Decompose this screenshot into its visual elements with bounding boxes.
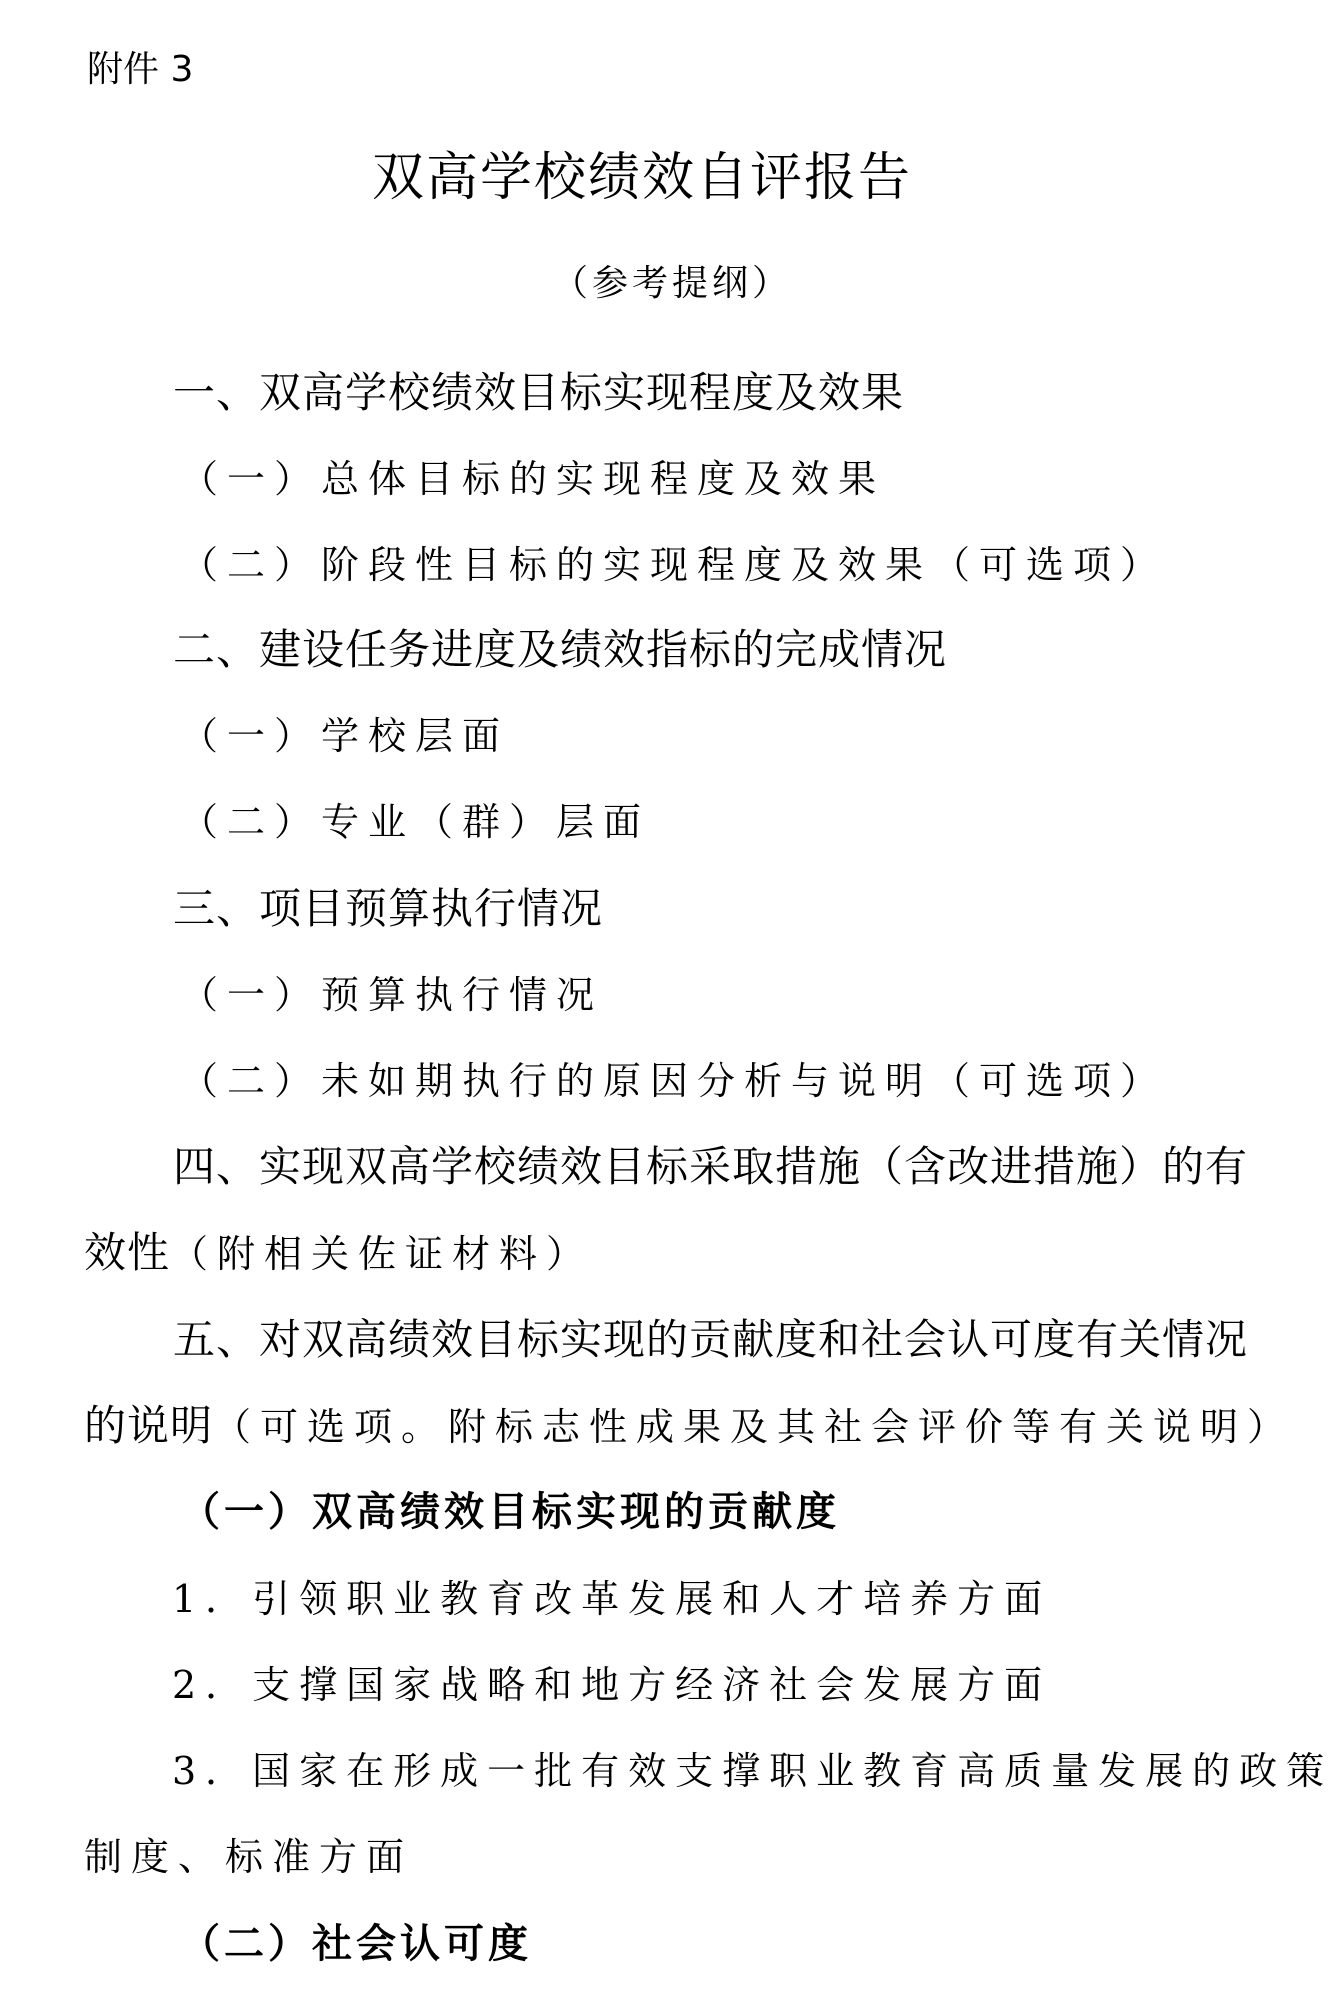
document-subtitle: （参考提纲） — [552, 266, 792, 302]
attachment-label: 附件 3 — [87, 52, 193, 88]
section-5-subsection-1-item-3-continuation: 制度、标准方面 — [84, 1838, 413, 1876]
section-5-heading-continuation: 的说明 — [84, 1401, 213, 1450]
section-5-subsection-1-item-3: 3．国家在形成一批有效支撑职业教育高质量发展的政策、 — [172, 1752, 1332, 1790]
section-5-heading-line-2: 的说明（可选项。附标志性成果及其社会评价等有关说明） — [84, 1405, 1294, 1447]
section-1-heading: 一、双高学校绩效目标实现程度及效果 — [173, 372, 904, 414]
section-3-item-2: （二）未如期执行的原因分析与说明（可选项） — [180, 1062, 1167, 1100]
section-2-item-2: （二）专业（群）层面 — [180, 803, 650, 841]
section-5-heading-line-1: 五、对双高绩效目标实现的贡献度和社会认可度有关情况 — [173, 1319, 1248, 1361]
section-4-heading-continuation: 效性 — [84, 1228, 170, 1277]
section-5-subsection-1-item-1: 1．引领职业教育改革发展和人才培养方面 — [172, 1580, 1051, 1618]
section-3-item-1: （一）预算执行情况 — [180, 976, 603, 1014]
document-title: 双高学校绩效自评报告 — [372, 152, 912, 204]
section-1-item-1: （一）总体目标的实现程度及效果 — [180, 460, 885, 498]
section-4-heading-line-1: 四、实现双高学校绩效目标采取措施（含改进措施）的有 — [173, 1146, 1248, 1188]
section-5-subsection-1-heading: （一）双高绩效目标实现的贡献度 — [180, 1492, 840, 1532]
section-2-heading: 二、建设任务进度及绩效指标的完成情况 — [173, 629, 947, 671]
section-4-heading-line-2: 效性（附相关佐证材料） — [84, 1232, 593, 1274]
section-5-subsection-1-item-2: 2．支撑国家战略和地方经济社会发展方面 — [172, 1666, 1051, 1704]
section-4-note: （附相关佐证材料） — [170, 1232, 593, 1276]
section-2-item-1: （一）学校层面 — [180, 717, 509, 755]
section-5-note: （可选项。附标志性成果及其社会评价等有关说明） — [213, 1405, 1294, 1449]
section-5-subsection-2-heading: （二）社会认可度 — [180, 1924, 532, 1964]
section-1-item-2: （二）阶段性目标的实现程度及效果（可选项） — [180, 546, 1167, 584]
section-3-heading: 三、项目预算执行情况 — [173, 888, 603, 930]
